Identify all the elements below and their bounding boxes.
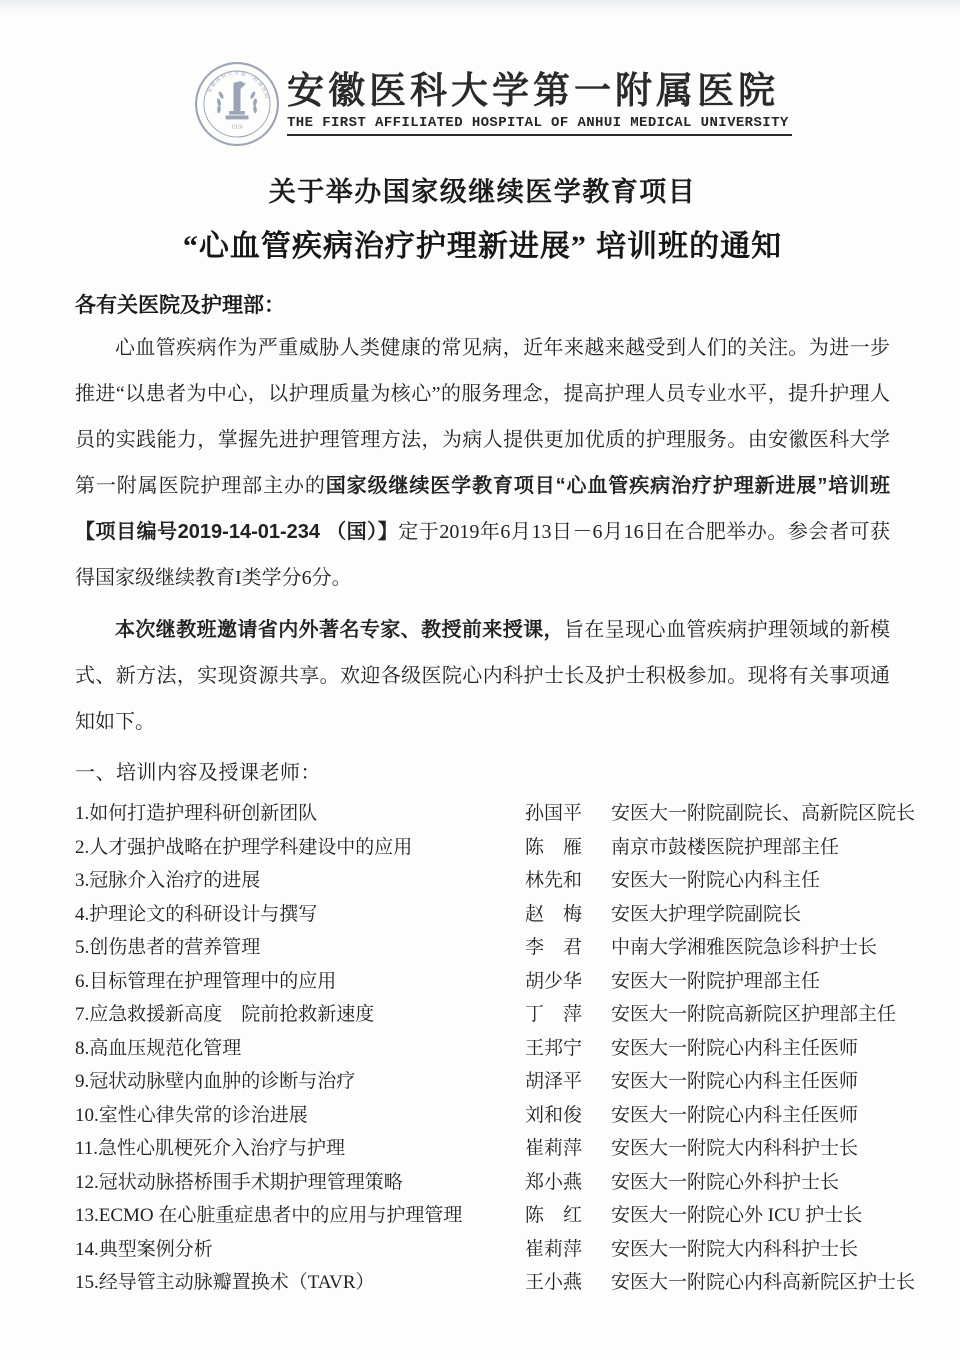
- lecturer-name: 胡少华: [525, 965, 611, 999]
- program-list: 1.如何打造护理科研创新团队 孙国平 安医大一附院副院长、高新院区院长 2.人才…: [75, 797, 890, 1300]
- hospital-name-en: THE FIRST AFFILIATED HOSPITAL OF ANHUI M…: [287, 115, 792, 136]
- lecturer-name: 郑小燕: [525, 1166, 611, 1200]
- program-row: 3.冠脉介入治疗的进展 林先和 安医大一附院心内科主任: [75, 864, 890, 898]
- program-row: 6.目标管理在护理管理中的应用 胡少华 安医大一附院护理部主任: [75, 965, 890, 999]
- notice-title-quoted: “心血管疾病治疗护理新进展”: [183, 230, 587, 263]
- program-row: 2.人才强护战略在护理学科建设中的应用 陈 雁 南京市鼓楼医院护理部主任: [75, 831, 890, 865]
- svg-text:1926: 1926: [231, 125, 243, 131]
- program-row: 12.冠状动脉搭桥围手术期护理管理策略 郑小燕 安医大一附院心外科护士长: [75, 1166, 890, 1200]
- paragraph-1-text: 心血管疾病作为严重威胁人类健康的常见病，近年来越来越受到人们的关注。为进一步推进…: [75, 337, 890, 497]
- lecture-topic: 4.护理论文的科研设计与撰写: [75, 898, 525, 932]
- lecturer-title: 安医大一附院高新院区护理部主任: [611, 998, 896, 1032]
- lecturer-title: 安医大一附院心内科主任: [611, 864, 890, 898]
- program-row: 13.ECMO 在心脏重症患者中的应用与护理管理 陈 红 安医大一附院心外 IC…: [75, 1199, 890, 1233]
- lecture-topic: 2.人才强护战略在护理学科建设中的应用: [75, 831, 525, 865]
- lecturer-name: 陈 雁: [525, 831, 611, 865]
- lecture-topic: 13.ECMO 在心脏重症患者中的应用与护理管理: [75, 1199, 525, 1233]
- lecturer-name: 林先和: [525, 864, 611, 898]
- lecturer-name: 孙国平: [525, 797, 611, 831]
- program-row: 15.经导管主动脉瓣置换术（TAVR） 王小燕 安医大一附院心内科高新院区护士长: [75, 1266, 890, 1300]
- lecturer-title: 安医大一附院心内科主任医师: [611, 1032, 890, 1066]
- lecture-topic: 10.室性心律失常的诊治进展: [75, 1099, 525, 1133]
- lecturer-title: 南京市鼓楼医院护理部主任: [611, 831, 890, 865]
- lecturer-name: 丁 萍: [525, 998, 611, 1032]
- paragraph-1: 心血管疾病作为严重威胁人类健康的常见病，近年来越来越受到人们的关注。为进一步推进…: [75, 325, 890, 601]
- lecturer-title: 安医大一附院心内科主任医师: [611, 1099, 890, 1133]
- notice-title-rest: 培训班的通知: [587, 230, 782, 263]
- lecturer-title: 安医大一附院副院长、高新院区院长: [611, 797, 915, 831]
- lecturer-name: 王小燕: [525, 1266, 611, 1300]
- program-row: 9.冠状动脉壁内血肿的诊断与治疗 胡泽平 安医大一附院心内科主任医师: [75, 1065, 890, 1099]
- program-row: 5.创伤患者的营养管理 李 君 中南大学湘雅医院急诊科护士长: [75, 931, 890, 965]
- salutation: 各有关医院及护理部：: [75, 289, 890, 319]
- lecture-topic: 5.创伤患者的营养管理: [75, 931, 525, 965]
- lecturer-title: 安医大一附院大内科科护士长: [611, 1233, 890, 1267]
- lecturer-title: 安医大一附院心外 ICU 护士长: [611, 1199, 890, 1233]
- lecture-topic: 7.应急救援新高度 院前抢救新速度: [75, 998, 525, 1032]
- notice-title-line2: “心血管疾病治疗护理新进展” 培训班的通知: [75, 221, 890, 265]
- program-row: 8.高血压规范化管理 王邦宁 安医大一附院心内科主任医师: [75, 1032, 890, 1066]
- lecturer-title: 安医大护理学院副院长: [611, 898, 890, 932]
- lecture-topic: 11.急性心肌梗死介入治疗与护理: [75, 1132, 525, 1166]
- lecturer-title: 安医大一附院大内科科护士长: [611, 1132, 890, 1166]
- lecture-topic: 15.经导管主动脉瓣置换术（TAVR）: [75, 1266, 525, 1300]
- lecturer-title: 安医大一附院护理部主任: [611, 965, 890, 999]
- lecture-topic: 3.冠脉介入治疗的进展: [75, 864, 525, 898]
- lecturer-title: 中南大学湘雅医院急诊科护士长: [611, 931, 890, 965]
- program-row: 10.室性心律失常的诊治进展 刘和俊 安医大一附院心内科主任医师: [75, 1099, 890, 1133]
- program-row: 11.急性心肌梗死介入治疗与护理 崔莉萍 安医大一附院大内科科护士长: [75, 1132, 890, 1166]
- program-row: 7.应急救援新高度 院前抢救新速度 丁 萍 安医大一附院高新院区护理部主任: [75, 998, 890, 1032]
- lecturer-title: 安医大一附院心内科高新院区护士长: [611, 1266, 915, 1300]
- paragraph-2-bold-lead: 本次继教班邀请省内外著名专家、教授前来授课，: [115, 619, 564, 641]
- lecturer-name: 胡泽平: [525, 1065, 611, 1099]
- program-row: 1.如何打造护理科研创新团队 孙国平 安医大一附院副院长、高新院区院长: [75, 797, 890, 831]
- lecturer-name: 崔莉萍: [525, 1132, 611, 1166]
- section-heading: 一、培训内容及授课老师：: [75, 753, 890, 793]
- lecturer-name: 王邦宁: [525, 1032, 611, 1066]
- lecturer-name: 赵 梅: [525, 898, 611, 932]
- letterhead: 安徽医科大学第一附属医院 1926: [193, 58, 890, 150]
- lecture-topic: 8.高血压规范化管理: [75, 1032, 525, 1066]
- notice-title-line1: 关于举办国家级继续医学教育项目: [75, 170, 890, 209]
- program-row: 14.典型案例分析 崔莉萍 安医大一附院大内科科护士长: [75, 1233, 890, 1267]
- lecturer-name: 刘和俊: [525, 1099, 611, 1133]
- program-row: 4.护理论文的科研设计与撰写 赵 梅 安医大护理学院副院长: [75, 898, 890, 932]
- document-page: 安徽医科大学第一附属医院 1926: [0, 0, 960, 1360]
- lecturer-title: 安医大一附院心内科主任医师: [611, 1065, 890, 1099]
- paragraph-2: 本次继教班邀请省内外著名专家、教授前来授课，旨在呈现心血管疾病护理领域的新模式、…: [75, 607, 890, 745]
- hospital-name-cn: 安徽医科大学第一附属医院: [287, 72, 792, 113]
- hospital-seal-logo: 安徽医科大学第一附属医院 1926: [193, 60, 281, 148]
- lecture-topic: 14.典型案例分析: [75, 1233, 525, 1267]
- hospital-names: 安徽医科大学第一附属医院 THE FIRST AFFILIATED HOSPIT…: [287, 72, 792, 137]
- lecturer-name: 崔莉萍: [525, 1233, 611, 1267]
- lecturer-name: 陈 红: [525, 1199, 611, 1233]
- lecture-topic: 12.冠状动脉搭桥围手术期护理管理策略: [75, 1166, 525, 1200]
- lecturer-name: 李 君: [525, 931, 611, 965]
- lecturer-title: 安医大一附院心外科护士长: [611, 1166, 890, 1200]
- lecture-topic: 1.如何打造护理科研创新团队: [75, 797, 525, 831]
- lecture-topic: 9.冠状动脉壁内血肿的诊断与治疗: [75, 1065, 525, 1099]
- lecture-topic: 6.目标管理在护理管理中的应用: [75, 965, 525, 999]
